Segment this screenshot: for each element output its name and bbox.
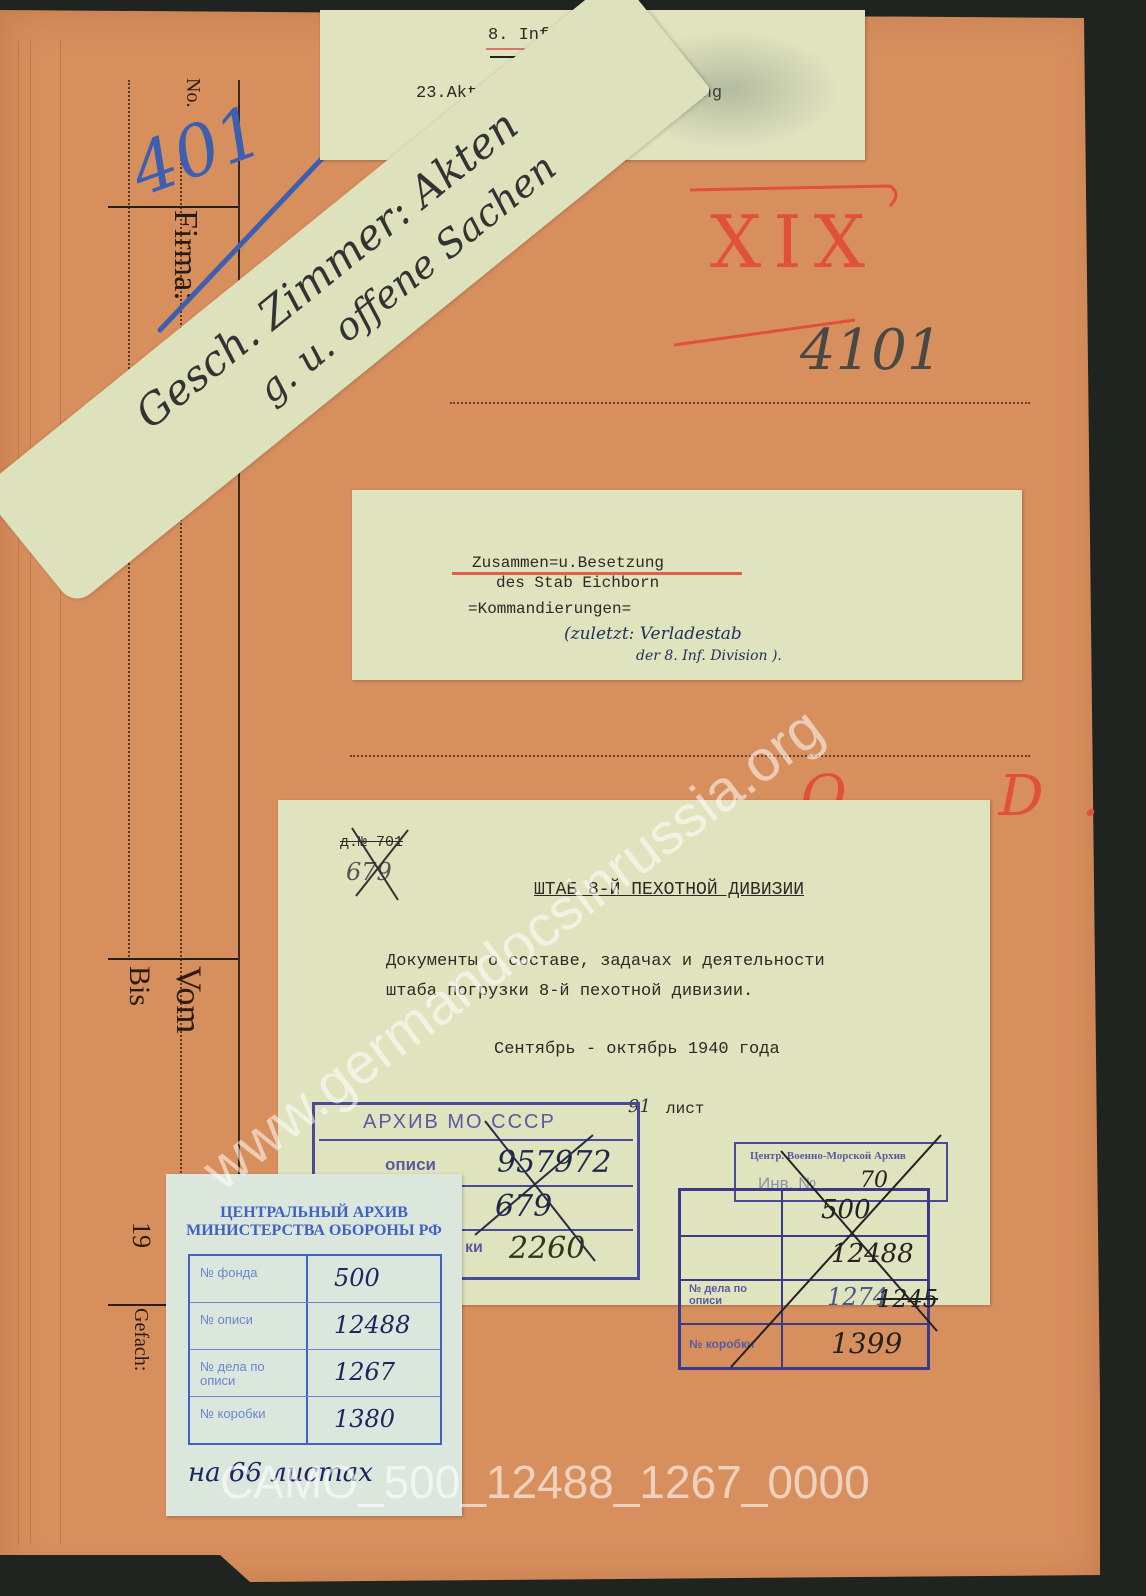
card-row-label: № коробки bbox=[190, 1397, 308, 1443]
file-id-watermark: CAMO_500_12488_1267_0000 bbox=[220, 1455, 870, 1509]
card-row-value: 500 bbox=[308, 1256, 440, 1302]
middle-handwritten1: (zuletzt: Verladestab bbox=[564, 624, 742, 644]
card-row-label: № дела по описи bbox=[190, 1350, 308, 1396]
stamp-opisi-label: описи bbox=[385, 1155, 436, 1175]
card-header-1: ЦЕНТРАЛЬНЫЙ АРХИВ bbox=[166, 1204, 462, 1222]
card-row-value: 12488 bbox=[308, 1303, 440, 1349]
middle-typed-label: Zusammen=u.Besetzung des Stab Eichborn =… bbox=[352, 490, 1022, 680]
form-divider bbox=[108, 958, 238, 960]
label-no: No. bbox=[181, 78, 204, 107]
pencil-number: 4101 bbox=[800, 318, 943, 383]
card-row-value: 1267 bbox=[308, 1350, 440, 1396]
form-dotted-line bbox=[350, 755, 1030, 757]
middle-line1: Zusammen=u.Besetzung bbox=[472, 554, 664, 572]
card-row-label: № фонда bbox=[190, 1256, 308, 1302]
card-row-delo: № дела по описи 1267 bbox=[190, 1350, 440, 1397]
label-year-prefix: 19 bbox=[126, 1222, 156, 1248]
archive-card-table: № фонда 500 № описи 12488 № дела по опис… bbox=[188, 1254, 442, 1445]
spine-crease bbox=[60, 40, 61, 1545]
form-dotted-line bbox=[450, 402, 1030, 404]
card-row-opis: № описи 12488 bbox=[190, 1303, 440, 1350]
spine-crease bbox=[30, 40, 31, 1545]
label-gefach: Gefach: bbox=[129, 1308, 152, 1371]
card-period: Сентябрь - октябрь 1940 года bbox=[494, 1040, 780, 1059]
middle-handwritten2: der 8. Inf. Division ). bbox=[636, 648, 782, 664]
navy-archive-stamp-table: 500 12488 № дела по описи 1274 1245 № ко… bbox=[678, 1188, 930, 1370]
middle-line2: des Stab Eichborn bbox=[496, 574, 659, 592]
label-bis: Bis bbox=[122, 966, 156, 1006]
cross-out-mark bbox=[342, 824, 412, 904]
spine-crease bbox=[18, 40, 19, 1545]
card-header-2: МИНИСТЕРСТВА ОБОРОНЫ РФ bbox=[166, 1222, 462, 1240]
card-row-value: 1380 bbox=[308, 1397, 440, 1443]
card-row-fond: № фонда 500 bbox=[190, 1256, 440, 1303]
navy-stamp-cross-out bbox=[701, 1131, 961, 1371]
sheets-label: лист bbox=[666, 1100, 704, 1118]
card-row-korobka: № коробки 1380 bbox=[190, 1397, 440, 1443]
label-vom: Vom bbox=[168, 966, 210, 1033]
card-row-label: № описи bbox=[190, 1303, 308, 1349]
stamp-cross-out bbox=[465, 1115, 615, 1265]
middle-line3: =Kommandierungen= bbox=[468, 600, 631, 618]
